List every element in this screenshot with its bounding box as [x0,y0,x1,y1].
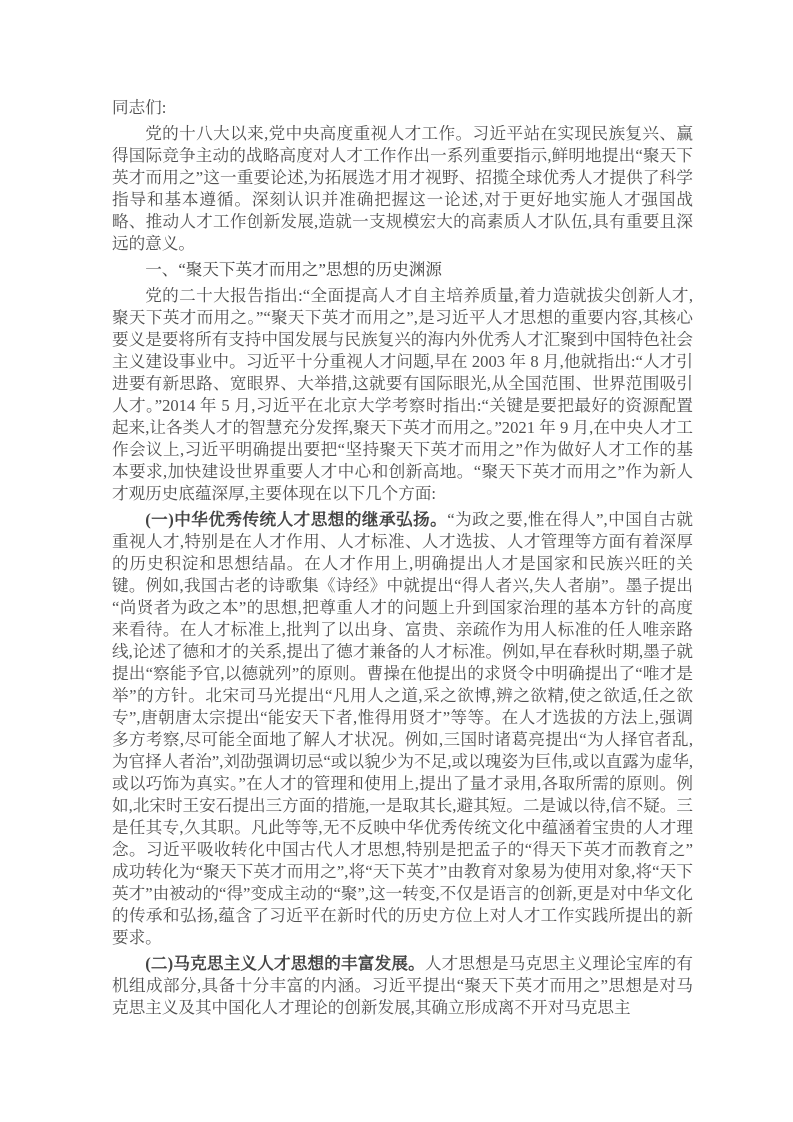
paragraph-section1-opening: 党的二十大报告指出:“全面提高人才自主培养质量,着力造就拔尖创新人才,聚天下英才… [112,285,693,505]
paragraph-subsection-1: (一)中华优秀传统人才思想的继承弘扬。“为政之要,惟在得人”,中国自古就重视人才… [112,509,693,949]
salutation: 同志们: [112,97,693,119]
subsection-2-lead: (二)马克思主义人才思想的丰富发展。 [145,954,425,973]
section-heading-1: 一、“聚天下英才而用之”思想的历史渊源 [112,259,693,281]
document-page: 同志们: 党的十八大以来,党中央高度重视人才工作。习近平站在实现民族复兴、赢得国… [0,0,793,1122]
subsection-1-lead: (一)中华优秀传统人才思想的继承弘扬。 [145,510,447,529]
paragraph-intro: 党的十八大以来,党中央高度重视人才工作。习近平站在实现民族复兴、赢得国际竞争主动… [112,123,693,255]
paragraph-subsection-2: (二)马克思主义人才思想的丰富发展。人才思想是马克思主义理论宝库的有机组成部分,… [112,953,693,1019]
subsection-1-body: “为政之要,惟在得人”,中国自古就重视人才,特别是在人才作用、人才标准、人才选拔… [112,510,693,947]
